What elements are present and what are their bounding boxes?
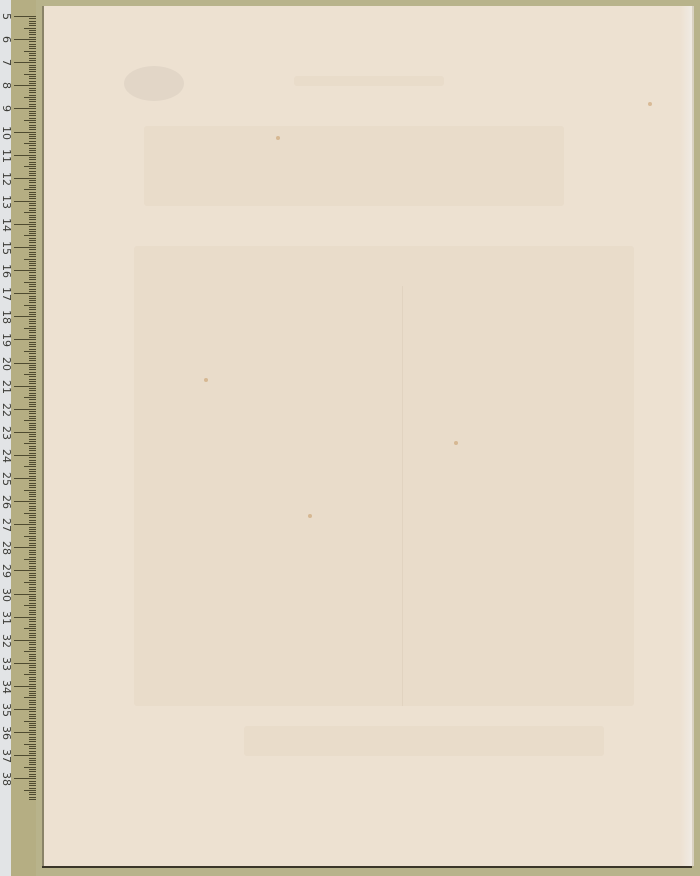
- ruler-tick: [29, 436, 36, 437]
- ruler-tick: [29, 785, 36, 786]
- ruler-tick: [24, 651, 36, 652]
- ruler-tick: [14, 686, 36, 687]
- ruler-tick: [29, 769, 36, 770]
- ruler-tick: [29, 34, 36, 35]
- ruler-tick: [29, 612, 36, 613]
- ruler-tick: [29, 353, 36, 354]
- ruler-tick: [29, 607, 36, 608]
- ruler-tick: [29, 630, 36, 631]
- ruler-tick: [29, 626, 36, 627]
- ruler-tick: [29, 727, 36, 728]
- ruler-tick: [29, 265, 36, 266]
- ruler-tick: [29, 533, 36, 534]
- ruler-tick: [29, 670, 36, 671]
- ruler-tick: [29, 764, 36, 765]
- ruler-tick: [29, 168, 36, 169]
- smudge-mark: [124, 66, 184, 101]
- ruler-tick: [24, 143, 36, 144]
- ruler-tick: [29, 499, 36, 500]
- ruler-tick: [29, 127, 36, 128]
- foxing-spot: [648, 102, 652, 106]
- ruler-tick: [29, 596, 36, 597]
- foxing-spot: [204, 378, 208, 382]
- ruler-tick: [29, 788, 36, 789]
- ruler-tick: [24, 582, 36, 583]
- paper-page: [42, 6, 692, 866]
- ruler-tick: [29, 771, 36, 772]
- ruler-label: 5: [0, 10, 13, 23]
- ruler-label: 34: [0, 680, 13, 693]
- ruler-tick: [29, 203, 36, 204]
- ruler-tick: [29, 106, 36, 107]
- ruler-tick: [29, 217, 36, 218]
- ruler-tick: [29, 76, 36, 77]
- ruler-tick: [29, 515, 36, 516]
- ruler-tick: [29, 150, 36, 151]
- ruler-label: 38: [0, 772, 13, 785]
- ruler-tick: [29, 527, 36, 528]
- ruler-tick: [29, 67, 36, 68]
- ruler-tick: [29, 372, 36, 373]
- ruler-tick: [29, 222, 36, 223]
- ruler-tick: [29, 180, 36, 181]
- ruler-tick: [29, 693, 36, 694]
- ruler-tick: [14, 640, 36, 641]
- ruler-label: 30: [0, 588, 13, 601]
- ruler-tick: [29, 275, 36, 276]
- ruler-tick: [29, 18, 36, 19]
- ruler-label: 17: [0, 287, 13, 300]
- ruler-tick: [29, 99, 36, 100]
- ruler-tick: [29, 65, 36, 66]
- foxing-spot: [308, 514, 312, 518]
- ruler-tick: [29, 649, 36, 650]
- ruler-tick: [29, 175, 36, 176]
- ruler-tick: [29, 480, 36, 481]
- ruler-tick: [24, 443, 36, 444]
- ruler-tick: [29, 332, 36, 333]
- ruler-tick: [24, 351, 36, 352]
- ruler-tick: [29, 159, 36, 160]
- ruler-tick: [29, 566, 36, 567]
- ruler-tick: [29, 667, 36, 668]
- ruler-tick: [29, 751, 36, 752]
- ruler-tick: [14, 178, 36, 179]
- ruler-label: 6: [0, 33, 13, 46]
- ruler-tick: [29, 238, 36, 239]
- ruler-tick: [29, 138, 36, 139]
- ruler-tick: [29, 416, 36, 417]
- ruler-tick: [29, 799, 36, 800]
- ruler-tick: [29, 125, 36, 126]
- ruler-tick: [29, 25, 36, 26]
- ruler-label: 13: [0, 195, 13, 208]
- ruler-tick: [29, 737, 36, 738]
- ruler-label: 33: [0, 657, 13, 670]
- ruler-tick: [29, 684, 36, 685]
- ruler-tick: [29, 610, 36, 611]
- ruler-tick: [29, 584, 36, 585]
- ruler-tick: [29, 681, 36, 682]
- ruler-tick: [29, 349, 36, 350]
- ruler-tick: [29, 249, 36, 250]
- ruler-tick: [29, 118, 36, 119]
- ruler-tick: [29, 700, 36, 701]
- ruler-tick: [29, 494, 36, 495]
- ruler-tick: [29, 797, 36, 798]
- ruler-tick: [24, 328, 36, 329]
- ruler-tick: [29, 739, 36, 740]
- ruler-tick: [29, 575, 36, 576]
- ruler-tick: [29, 624, 36, 625]
- ruler-tick: [29, 714, 36, 715]
- ruler-label: 36: [0, 726, 13, 739]
- ruler-tick: [29, 568, 36, 569]
- ruler-tick: [29, 55, 36, 56]
- ruler-tick: [29, 242, 36, 243]
- ruler-tick: [29, 520, 36, 521]
- ruler-tick: [29, 718, 36, 719]
- ruler-label: 23: [0, 426, 13, 439]
- ruler-label: 37: [0, 749, 13, 762]
- ruler-tick: [24, 559, 36, 560]
- ruler-tick: [29, 369, 36, 370]
- ruler-tick: [29, 654, 36, 655]
- ruler-tick: [29, 598, 36, 599]
- ruler-tick: [24, 536, 36, 537]
- ruler-tick: [14, 108, 36, 109]
- ruler-tick: [29, 101, 36, 102]
- ruler-tick: [29, 563, 36, 564]
- ruler-tick: [29, 725, 36, 726]
- ruler-tick: [29, 614, 36, 615]
- ruler-tick: [29, 395, 36, 396]
- ruler-tick: [24, 166, 36, 167]
- ruler-label: 7: [0, 56, 13, 69]
- ruler-label: 15: [0, 241, 13, 254]
- ruler-tick: [29, 776, 36, 777]
- ruler-tick: [29, 314, 36, 315]
- ruler-tick: [29, 792, 36, 793]
- ruler-tick: [29, 298, 36, 299]
- ruler-tick: [29, 656, 36, 657]
- ruler-tick: [29, 134, 36, 135]
- ruler-label: 10: [0, 126, 13, 139]
- ruler-tick: [24, 282, 36, 283]
- ruler-tick: [29, 487, 36, 488]
- ruler-tick: [29, 233, 36, 234]
- ruler-tick: [14, 547, 36, 548]
- ruler-tick: [29, 702, 36, 703]
- measuring-ruler: 5678910111213141516171819202122232425262…: [0, 0, 36, 876]
- ruler-tick: [29, 552, 36, 553]
- ruler-tick: [29, 483, 36, 484]
- ruler-tick: [29, 591, 36, 592]
- ruler-tick: [29, 390, 36, 391]
- ruler-tick: [29, 434, 36, 435]
- ruler-tick: [29, 83, 36, 84]
- ruler-tick: [29, 531, 36, 532]
- ruler-tick: [29, 577, 36, 578]
- ruler-tick: [14, 39, 36, 40]
- ruler-tick: [29, 695, 36, 696]
- ruler-tick: [29, 289, 36, 290]
- ruler-tick: [14, 524, 36, 525]
- ruler-label: 22: [0, 403, 13, 416]
- ruler-tick: [29, 88, 36, 89]
- ruler-label: 35: [0, 703, 13, 716]
- ruler-tick: [14, 570, 36, 571]
- ruler-tick: [29, 603, 36, 604]
- bleed-through-footer: [244, 726, 604, 756]
- ruler-tick: [29, 71, 36, 72]
- ruler-tick: [29, 393, 36, 394]
- ruler-tick: [29, 210, 36, 211]
- ruler-tick: [24, 51, 36, 52]
- ruler-tick: [14, 224, 36, 225]
- ruler-tick: [29, 41, 36, 42]
- ruler-tick: [29, 540, 36, 541]
- ruler-tick: [29, 561, 36, 562]
- ruler-tick: [29, 129, 36, 130]
- ruler-tick: [29, 187, 36, 188]
- ruler-tick: [29, 441, 36, 442]
- ruler-tick: [29, 152, 36, 153]
- ruler-tick: [29, 192, 36, 193]
- ruler-tick: [29, 503, 36, 504]
- ruler-tick: [29, 753, 36, 754]
- ruler-tick: [29, 196, 36, 197]
- ruler-tick: [24, 721, 36, 722]
- ruler-tick: [29, 621, 36, 622]
- ruler-label: 32: [0, 634, 13, 647]
- ruler-tick: [29, 794, 36, 795]
- ruler-tick: [29, 376, 36, 377]
- ruler-tick: [14, 663, 36, 664]
- ruler-tick: [29, 469, 36, 470]
- ruler-tick: [14, 755, 36, 756]
- ruler-tick: [29, 448, 36, 449]
- ruler-tick: [29, 741, 36, 742]
- ruler-tick: [29, 346, 36, 347]
- ruler-tick: [29, 471, 36, 472]
- ruler-label: 31: [0, 611, 13, 624]
- ruler-tick: [29, 194, 36, 195]
- ruler-tick: [14, 386, 36, 387]
- ruler-tick: [29, 734, 36, 735]
- ruler-tick: [29, 326, 36, 327]
- ruler-tick: [29, 367, 36, 368]
- ruler-tick: [14, 409, 36, 410]
- ruler-label: 8: [0, 79, 13, 92]
- ruler-tick: [29, 411, 36, 412]
- ruler-tick: [29, 229, 36, 230]
- ruler-tick: [14, 16, 36, 17]
- ruler-tick: [29, 104, 36, 105]
- ruler-tick: [29, 60, 36, 61]
- ruler-tick: [24, 97, 36, 98]
- ruler-tick: [29, 365, 36, 366]
- ruler-label: 16: [0, 264, 13, 277]
- ruler-tick: [14, 732, 36, 733]
- ruler-label: 21: [0, 380, 13, 393]
- ruler-tick: [29, 711, 36, 712]
- ruler-tick: [29, 252, 36, 253]
- ruler-tick: [24, 212, 36, 213]
- ruler-tick: [29, 758, 36, 759]
- ruler-tick: [24, 466, 36, 467]
- ruler-tick: [29, 286, 36, 287]
- ruler-tick: [29, 383, 36, 384]
- ruler-tick: [29, 781, 36, 782]
- ruler-tick: [29, 360, 36, 361]
- ruler-label: 27: [0, 518, 13, 531]
- ruler-tick: [29, 58, 36, 59]
- ruler-tick: [29, 545, 36, 546]
- ruler-label: 29: [0, 564, 13, 577]
- ruler-tick: [29, 44, 36, 45]
- ruler-tick: [29, 473, 36, 474]
- ruler-tick: [14, 594, 36, 595]
- ruler-tick: [29, 446, 36, 447]
- ruler-tick: [29, 453, 36, 454]
- ruler-tick: [29, 307, 36, 308]
- ruler-tick: [29, 543, 36, 544]
- ruler-tick: [29, 309, 36, 310]
- ruler-tick: [29, 256, 36, 257]
- ruler-tick: [29, 173, 36, 174]
- ruler-tick: [14, 155, 36, 156]
- ruler-tick: [29, 279, 36, 280]
- ruler-tick: [24, 513, 36, 514]
- ruler-tick: [29, 496, 36, 497]
- ruler-tick: [29, 90, 36, 91]
- ruler-tick: [24, 744, 36, 745]
- ruler-label: 25: [0, 472, 13, 485]
- ruler-tick: [29, 330, 36, 331]
- ruler-tick: [29, 92, 36, 93]
- ruler-tick: [29, 162, 36, 163]
- bleed-through-heading: [294, 76, 444, 86]
- ruler-tick: [29, 381, 36, 382]
- ruler-tick: [29, 557, 36, 558]
- ruler-tick: [29, 642, 36, 643]
- ruler-tick: [29, 30, 36, 31]
- ruler-tick: [24, 259, 36, 260]
- ruler-tick: [29, 647, 36, 648]
- ruler-tick: [29, 462, 36, 463]
- ruler-tick: [24, 235, 36, 236]
- ruler-tick: [29, 164, 36, 165]
- ruler-tick: [29, 356, 36, 357]
- ruler-tick: [29, 635, 36, 636]
- ruler-tick: [29, 231, 36, 232]
- ruler-tick: [14, 617, 36, 618]
- ruler-tick: [29, 208, 36, 209]
- ruler-label: 28: [0, 541, 13, 554]
- ruler-tick: [29, 707, 36, 708]
- ruler-tick: [29, 658, 36, 659]
- ruler-tick: [29, 413, 36, 414]
- ruler-tick: [24, 790, 36, 791]
- ruler-tick: [14, 247, 36, 248]
- ruler-tick: [24, 74, 36, 75]
- ruler-tick: [29, 587, 36, 588]
- ruler-tick: [24, 189, 36, 190]
- ruler-tick: [29, 302, 36, 303]
- foxing-spot: [276, 136, 280, 140]
- ruler-label: 18: [0, 310, 13, 323]
- ruler-tick: [29, 296, 36, 297]
- ruler-tick: [29, 476, 36, 477]
- ruler-tick: [29, 111, 36, 112]
- ruler-tick: [29, 517, 36, 518]
- ruler-tick: [29, 81, 36, 82]
- ruler-tick: [29, 464, 36, 465]
- ruler-tick: [14, 478, 36, 479]
- ruler-tick: [14, 270, 36, 271]
- ruler-tick: [29, 157, 36, 158]
- ruler-tick: [29, 760, 36, 761]
- ruler-label: 24: [0, 449, 13, 462]
- ruler-tick: [14, 132, 36, 133]
- ruler-tick: [24, 605, 36, 606]
- ruler-tick: [24, 305, 36, 306]
- ruler-tick: [24, 420, 36, 421]
- ruler-tick: [14, 85, 36, 86]
- ruler-tick: [29, 529, 36, 530]
- ruler-tick: [29, 245, 36, 246]
- ruler-tick: [29, 37, 36, 38]
- ruler-label: 11: [0, 149, 13, 162]
- ruler-tick: [29, 427, 36, 428]
- ruler-tick: [29, 460, 36, 461]
- ruler-tick: [29, 402, 36, 403]
- ruler-tick: [29, 263, 36, 264]
- ruler-label: 9: [0, 102, 13, 115]
- ruler-tick: [29, 312, 36, 313]
- ruler-tick: [29, 406, 36, 407]
- ruler-tick: [24, 397, 36, 398]
- foxing-spot: [454, 441, 458, 445]
- ruler-tick: [29, 691, 36, 692]
- ruler-tick: [29, 145, 36, 146]
- ruler-tick: [29, 53, 36, 54]
- ruler-tick: [29, 644, 36, 645]
- ruler-tick: [29, 78, 36, 79]
- ruler-tick: [29, 46, 36, 47]
- ruler-label: 19: [0, 333, 13, 346]
- ruler-tick: [29, 457, 36, 458]
- ruler-tick: [29, 450, 36, 451]
- ruler-tick: [29, 425, 36, 426]
- ruler-tick: [29, 277, 36, 278]
- ruler-tick: [29, 716, 36, 717]
- ruler-tick: [29, 268, 36, 269]
- ruler-tick: [29, 148, 36, 149]
- ruler-tick: [24, 28, 36, 29]
- ruler-tick: [29, 730, 36, 731]
- ruler-tick: [29, 95, 36, 96]
- ruler-tick: [29, 423, 36, 424]
- ruler-tick: [29, 783, 36, 784]
- ruler-tick: [29, 388, 36, 389]
- ruler-tick: [14, 363, 36, 364]
- ruler-tick: [29, 48, 36, 49]
- ruler-tick: [29, 337, 36, 338]
- ruler-tick: [29, 379, 36, 380]
- ruler-tick: [29, 429, 36, 430]
